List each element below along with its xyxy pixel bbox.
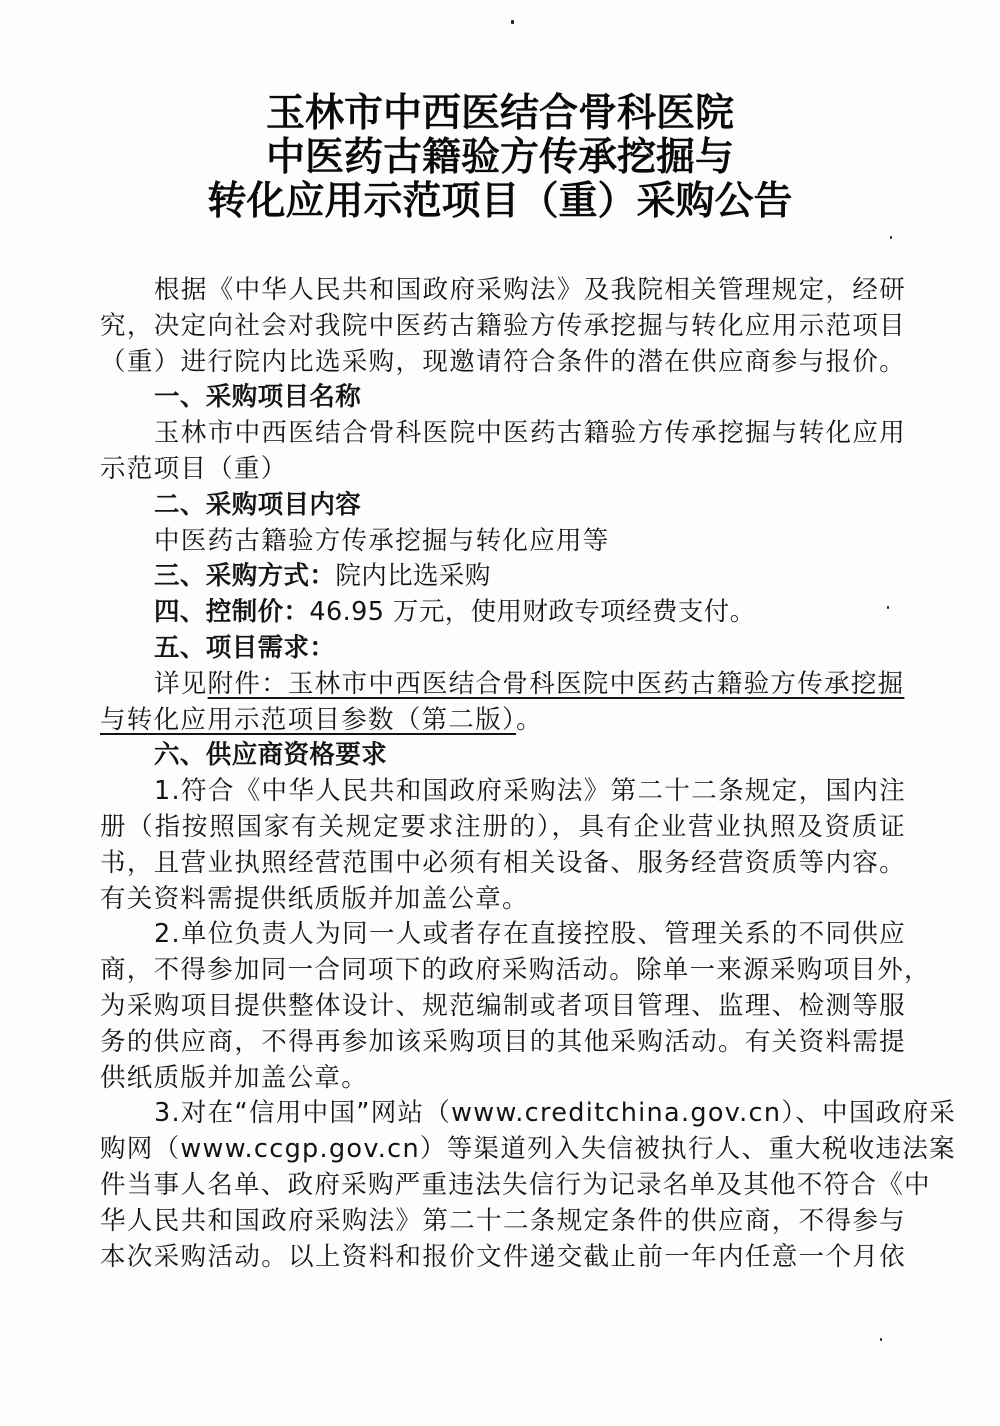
requirement-3-line-2: 购网（www.ccgp.gov.cn）等渠道列入失信被执行人、重大税收违法案 [100, 1132, 906, 1168]
requirement-3-line-5: 本次采购活动。以上资料和报价文件递交截止前一年内任意一个月依 [100, 1240, 906, 1276]
section-5-line-2: 与转化应用示范项目参数（第二版）。 [100, 703, 906, 739]
section-5-prefix: 详见 [154, 669, 208, 699]
section-3-heading: 三、采购方式： [154, 561, 335, 591]
section-4-row: 四、控制价：46.95 万元，使用财政专项经费支付。 [100, 595, 906, 631]
section-2-line-1: 中医药古籍验方传承挖掘与转化应用等 [100, 524, 906, 560]
section-4-value: 46.95 万元，使用财政专项经费支付。 [309, 597, 755, 627]
requirement-2-line-4: 务的供应商，不得再参加该采购项目的其他采购活动。有关资料需提 [100, 1025, 906, 1061]
title-line-2: 中医药古籍验方传承挖掘与 [0, 136, 1000, 180]
section-1-heading: 一、采购项目名称 [100, 380, 906, 416]
requirement-2-line-2: 商，不得参加同一合同项下的政府采购活动。除单一来源采购项目外， [100, 953, 906, 989]
title-line-1: 玉林市中西医结合骨科医院 [0, 92, 1000, 136]
scanned-document-page: 玉林市中西医结合骨科医院 中医药古籍验方传承挖掘与 转化应用示范项目（重）采购公… [0, 0, 1000, 1426]
scan-speck [880, 1338, 882, 1341]
requirement-3-line-3: 件当事人名单、政府采购严重违法失信行为记录名单及其他不符合《中 [100, 1168, 906, 1204]
section-3-value: 院内比选采购 [335, 561, 490, 591]
requirement-2-line-5: 供纸质版并加盖公章。 [100, 1061, 906, 1097]
section-2-heading: 二、采购项目内容 [100, 488, 906, 524]
section-3-row: 三、采购方式：院内比选采购 [100, 559, 906, 595]
intro-line-3: （重）进行院内比选采购，现邀请符合条件的潜在供应商参与报价。 [100, 345, 906, 381]
scan-speck [890, 236, 892, 239]
requirement-1-line-3: 书，且营业执照经营范围中必须有相关设备、服务经营资质等内容。 [100, 846, 906, 882]
requirement-1-line-1: 1.符合《中华人民共和国政府采购法》第二十二条规定，国内注 [100, 774, 906, 810]
scan-speck [511, 20, 514, 24]
section-5-line-1: 详见附件：玉林市中西医结合骨科医院中医药古籍验方传承挖掘 [100, 667, 906, 703]
section-4-heading: 四、控制价： [154, 597, 309, 627]
intro-line-1: 根据《中华人民共和国政府采购法》及我院相关管理规定，经研 [100, 273, 906, 309]
section-1-line-2: 示范项目（重） [100, 452, 906, 488]
document-body: 根据《中华人民共和国政府采购法》及我院相关管理规定，经研 究，决定向社会对我院中… [100, 273, 906, 1275]
intro-line-2: 究，决定向社会对我院中医药古籍验方传承挖掘与转化应用示范项目 [100, 309, 906, 345]
document-title: 玉林市中西医结合骨科医院 中医药古籍验方传承挖掘与 转化应用示范项目（重）采购公… [0, 92, 1000, 224]
requirement-2-line-1: 2.单位负责人为同一人或者存在直接控股、管理关系的不同供应 [100, 917, 906, 953]
requirement-2-line-3: 为采购项目提供整体设计、规范编制或者项目管理、监理、检测等服 [100, 989, 906, 1025]
title-line-3: 转化应用示范项目（重）采购公告 [0, 180, 1000, 224]
section-5-suffix: 。 [516, 705, 543, 735]
requirement-3-line-1: 3.对在“信用中国”网站（www.creditchina.gov.cn）、中国政… [100, 1096, 906, 1132]
section-6-heading: 六、供应商资格要求 [100, 738, 906, 774]
section-1-line-1: 玉林市中西医结合骨科医院中医药古籍验方传承挖掘与转化应用 [100, 416, 906, 452]
requirement-1-line-2: 册（指按照国家有关规定要求注册的），具有企业营业执照及资质证 [100, 810, 906, 846]
attachment-link-part-2[interactable]: 与转化应用示范项目参数（第二版） [100, 705, 516, 735]
attachment-link-part-1[interactable]: 附件：玉林市中西医结合骨科医院中医药古籍验方传承挖掘 [208, 669, 905, 699]
section-5-heading: 五、项目需求： [100, 631, 906, 667]
requirement-1-line-4: 有关资料需提供纸质版并加盖公章。 [100, 882, 906, 918]
requirement-3-line-4: 华人民共和国政府采购法》第二十二条规定条件的供应商，不得参与 [100, 1204, 906, 1240]
